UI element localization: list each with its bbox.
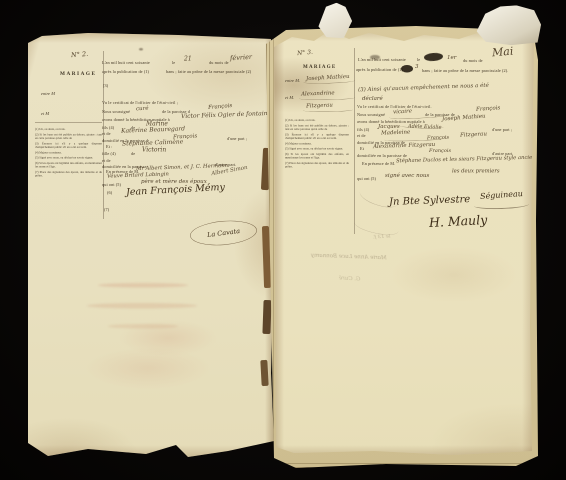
- record-number: N° 3.: [297, 48, 313, 56]
- footnote: (4) Majeur ou mineur.: [285, 142, 349, 146]
- stain: [87, 303, 197, 309]
- page-title: MARIAGE: [60, 71, 96, 77]
- footnote: (7) Place des signatures des époux, des …: [35, 171, 102, 179]
- ink-smudge: [370, 55, 380, 60]
- record-number: N° 2.: [71, 50, 89, 59]
- form-text: qui ont (5): [102, 182, 121, 187]
- column-rule: [354, 48, 355, 234]
- ink-blot: [424, 52, 444, 61]
- handwritten-entry: Victor Félix Ogier de fontaine: [181, 109, 271, 119]
- handwritten-entry: Stéphane Duclos et les sieurs Fitzgerau …: [396, 154, 536, 164]
- form-text: bans ; faite au prône de la messe parois…: [166, 69, 251, 74]
- form-text: d'une part ;: [227, 136, 247, 141]
- handwritten-entry: 3: [415, 63, 419, 70]
- form-text: Et :: [106, 144, 112, 149]
- form-text: et de: [357, 133, 366, 138]
- handwritten-entry: François: [208, 102, 233, 111]
- form-text: Nous soussigné: [357, 112, 385, 117]
- handwritten-entry: (3) Ainsi qu'aucun empêchement ne nous a…: [358, 82, 489, 93]
- handwritten-entry: Mai: [491, 45, 513, 59]
- ink-speck: [139, 48, 143, 51]
- handwritten-entry: Fitzgerau: [460, 130, 487, 138]
- handwritten-entry: 1er: [447, 54, 456, 61]
- footnotes-block: (1) Un, ou deux, ou trois. (2) Si les ba…: [285, 119, 349, 171]
- handwritten-entry: 21: [184, 55, 192, 62]
- form-text: bans ; faite au prône de la messe parois…: [422, 68, 508, 73]
- signature: Séguineau: [480, 189, 523, 201]
- paper-fragment: [476, 3, 542, 46]
- form-text: fils (4): [102, 125, 114, 130]
- flourish-line: [299, 96, 355, 101]
- entre-label: entre M: [41, 91, 55, 96]
- showthrough-text: le 13 f.: [373, 234, 391, 240]
- footnote: (1) Un, ou deux, ou trois.: [35, 128, 102, 132]
- footnote: (2) Si les bans ont été publiés au dehor…: [285, 124, 349, 132]
- page-right: N° 3. MARIAGE entre M. Joseph Mathieu et…: [274, 25, 534, 455]
- ink-blot: [401, 65, 413, 73]
- form-text: L'an mil huit cent soixante: [102, 60, 150, 65]
- form-text: et de: [102, 158, 111, 163]
- handwritten-entry: Alexandrine Fitzgerau: [373, 141, 435, 150]
- scanned-register-photo: N° 2. MARIAGE entre M et M (1) Un, ou de…: [0, 0, 566, 480]
- showthrough-text: Marie Anne Luce Bonnamy: [311, 252, 387, 261]
- entre-label: entre M.: [285, 78, 300, 83]
- footnote: (2) Si les bans ont été publiés au dehor…: [35, 133, 102, 141]
- et-label: et M.: [285, 95, 294, 100]
- torn-edge-bit: [260, 360, 268, 386]
- footnote: (6) Si les époux ont légitimé des enfant…: [285, 153, 349, 161]
- signature: H. Mauly: [429, 212, 488, 230]
- showthrough-text: G. Curé: [339, 274, 361, 282]
- footnote: (3) Énoncer ici s'il y a quelque dispens…: [35, 142, 102, 150]
- form-text: du mois de: [209, 60, 229, 65]
- form-text: fils (4): [357, 127, 369, 132]
- form-text: L'an mil huit cent soixante: [358, 57, 406, 62]
- et-label: et M: [41, 111, 49, 116]
- flourish-line: [303, 108, 353, 113]
- footnotes-block: (1) Un, ou deux, ou trois. (2) Si les ba…: [35, 128, 102, 180]
- form-text: après la publication de (1): [356, 67, 403, 72]
- form-text: qui ont (5): [357, 176, 376, 181]
- form-text: le: [172, 60, 175, 65]
- stain: [108, 324, 178, 329]
- form-text: et de: [102, 131, 111, 136]
- form-text: du mois de: [463, 58, 483, 63]
- page-title: MARIAGE: [303, 64, 336, 70]
- form-text: Nous soussigné: [102, 109, 130, 114]
- handwritten-entry: Victorin: [142, 146, 166, 153]
- handwritten-entry: Madeleine: [381, 128, 410, 136]
- signature: Jn Bte Sylvestre: [389, 193, 471, 208]
- footnote: (1) Un, ou deux, ou trois.: [285, 119, 349, 123]
- stain: [98, 283, 188, 288]
- torn-edge-bit: [262, 300, 271, 334]
- handwritten-entry: François: [476, 104, 501, 112]
- form-text: (7): [104, 207, 109, 212]
- footnote: (4) Majeur ou mineur.: [35, 151, 102, 155]
- form-text: d'une part ;: [492, 127, 512, 132]
- form-text: Et: [360, 146, 364, 151]
- page-left: N° 2. MARIAGE entre M et M (1) Un, ou de…: [28, 33, 274, 457]
- form-text: après la publication de (1): [102, 69, 149, 74]
- footnote: (5) Signé avec nous, ou déclaré ne savoi…: [285, 148, 349, 152]
- footnote: (6) Si les époux ont légitimé des enfant…: [35, 162, 102, 170]
- form-text: En présence de M.: [362, 161, 395, 166]
- seal-signature-text: La Cavata: [207, 227, 241, 238]
- form-text: de: [131, 151, 135, 156]
- form-text: (3): [103, 83, 108, 88]
- signature-flourish: [474, 200, 529, 210]
- handwritten-entry: signé avec nous: [385, 172, 429, 179]
- seal-signature: La Cavata: [189, 218, 258, 248]
- footnote: (5) Signé avec nous, ou déclaré ne savoi…: [35, 157, 102, 161]
- footnote: (7) Place des signatures des époux, des …: [285, 162, 349, 170]
- divider-rule: [35, 122, 102, 123]
- handwritten-entry: déclaré: [362, 95, 383, 102]
- form-text: le: [417, 57, 420, 62]
- handwritten-entry: François: [429, 148, 451, 154]
- form-text: (6): [107, 190, 112, 195]
- handwritten-entry: les deux premiers: [452, 168, 500, 174]
- form-text: fille (4): [102, 151, 116, 156]
- footnote: (3) Énoncer ici s'il y a quelque dispens…: [285, 133, 349, 141]
- handwritten-entry: février: [230, 53, 253, 62]
- handwritten-entry: curé: [136, 105, 149, 112]
